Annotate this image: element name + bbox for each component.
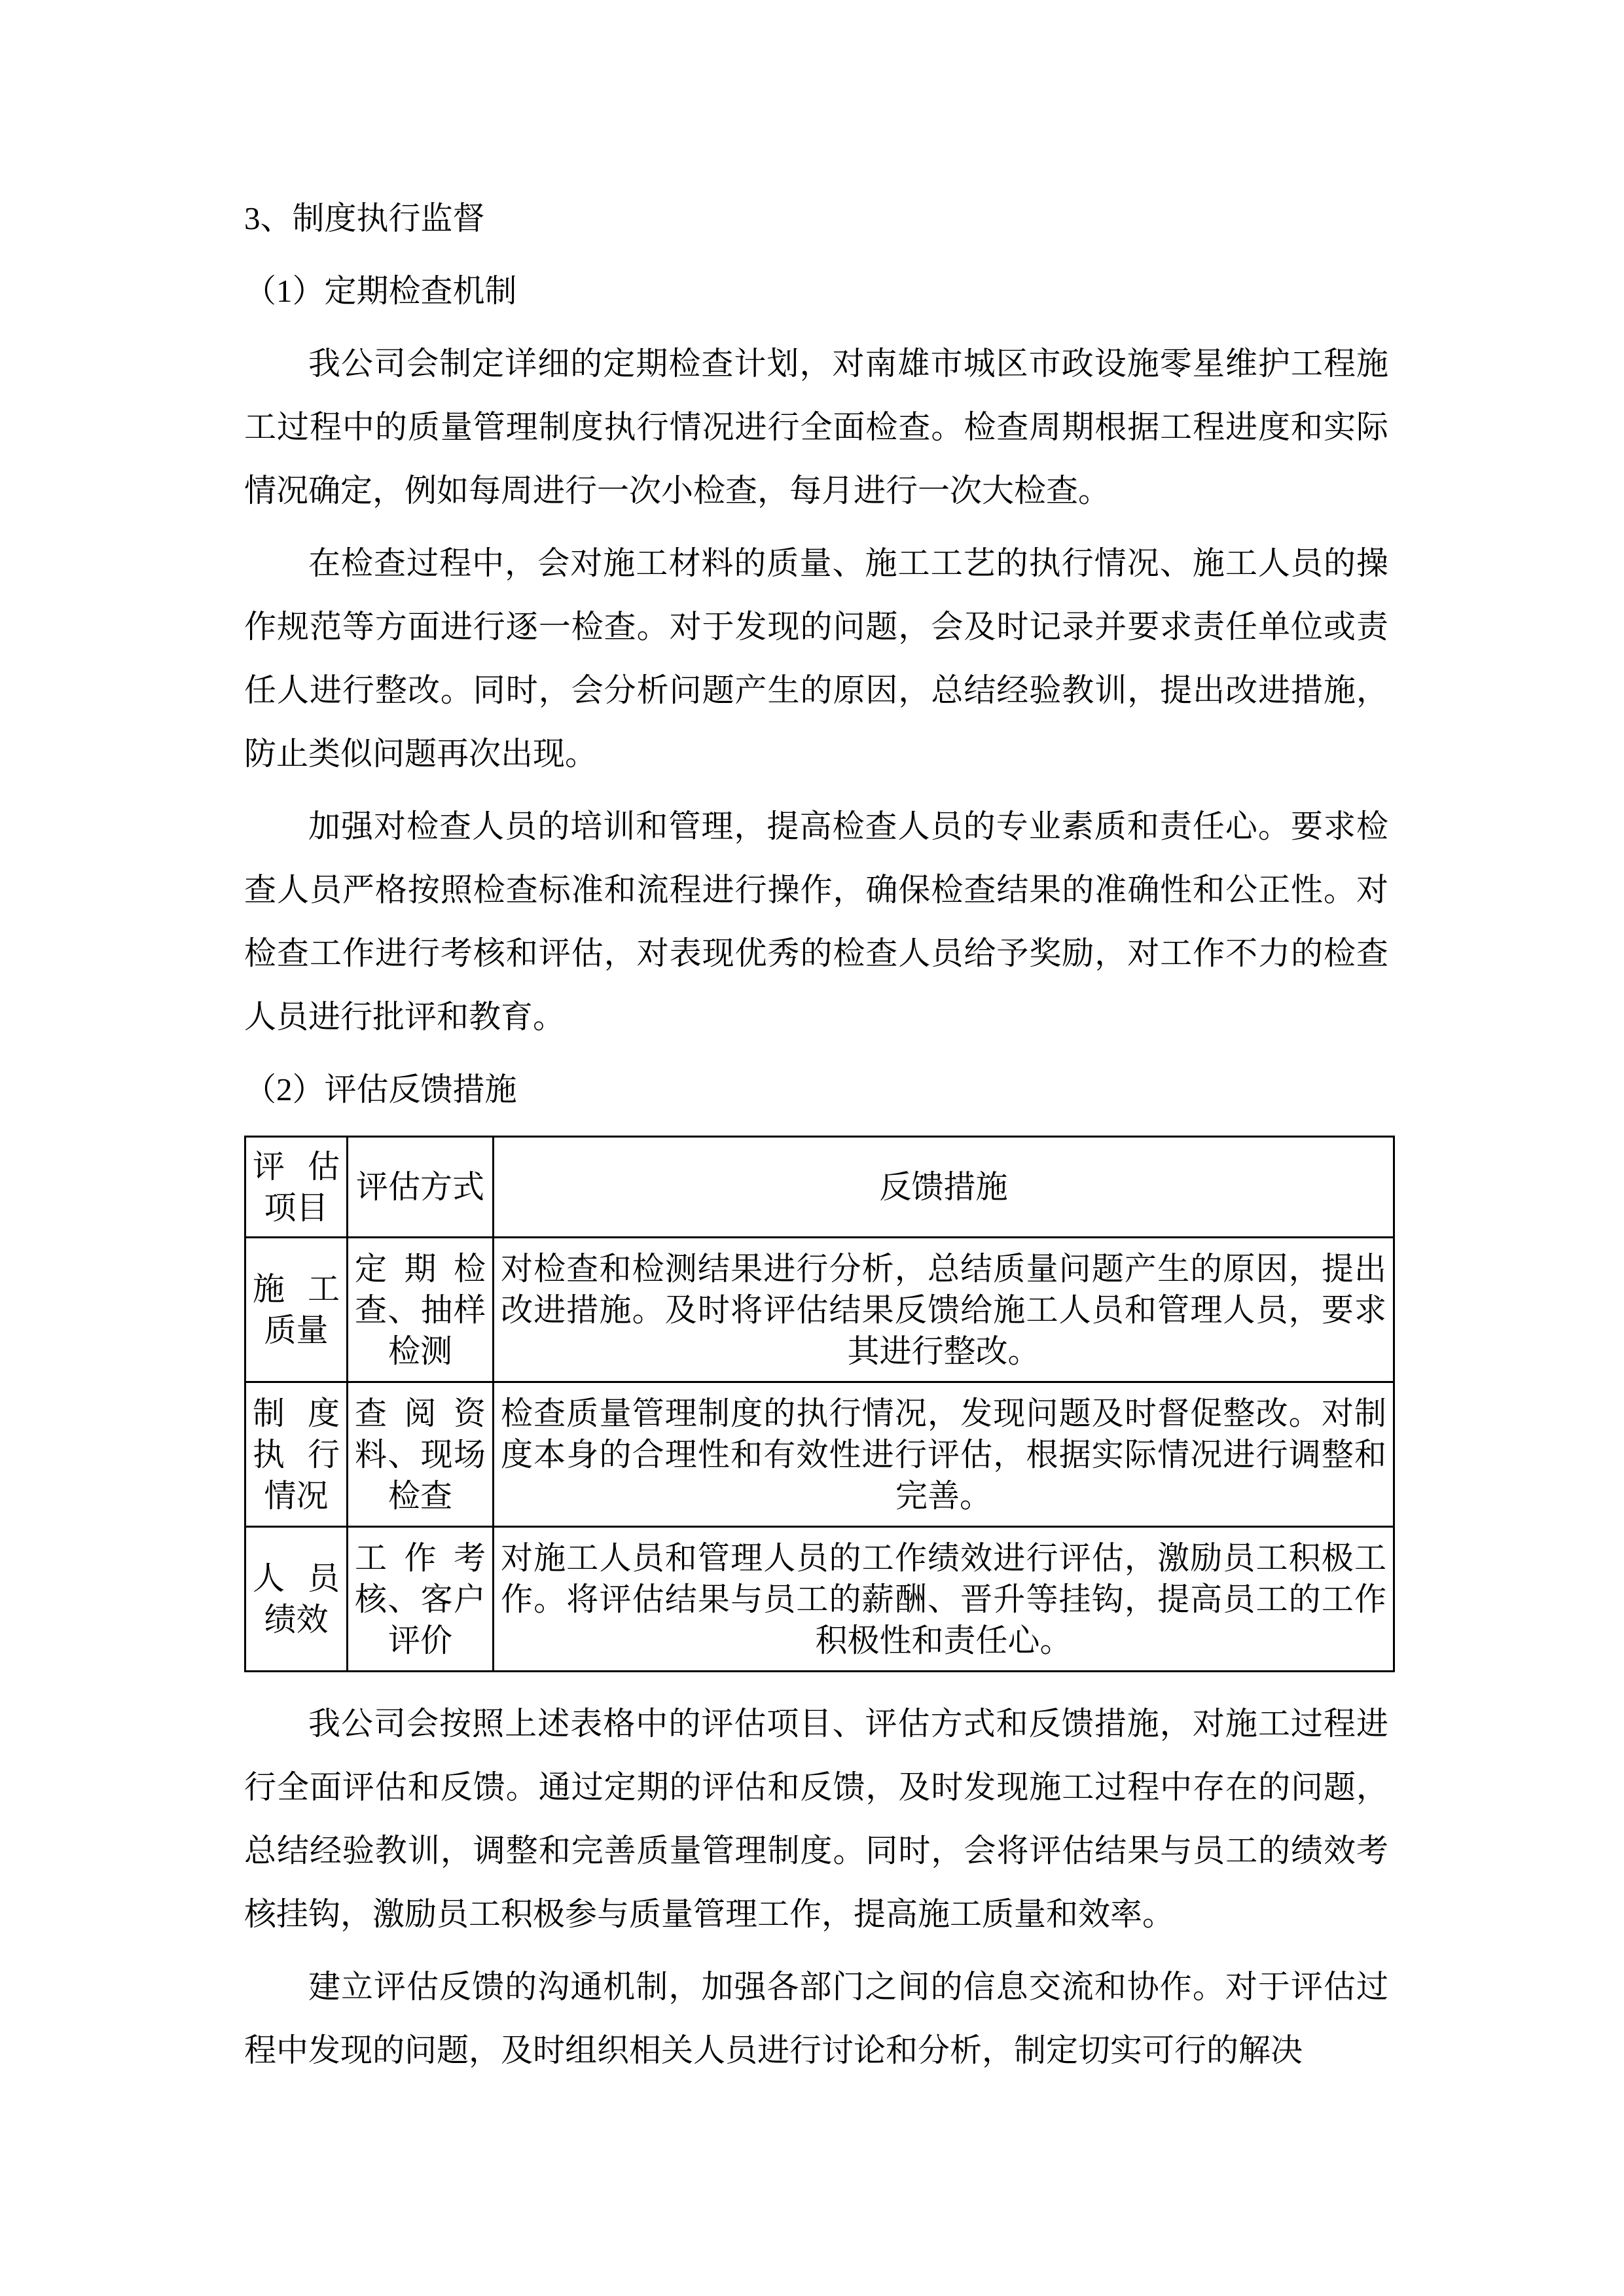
document-page: 3、制度执行监督 （1）定期检查机制 我公司会制定详细的定期检查计划，对南雄市城… <box>0 0 1624 2296</box>
header-cell-evaluation-method: 评估方式 <box>348 1137 494 1238</box>
evaluation-feedback-table: 评估项目 评估方式 反馈措施 施工质量 定期检查、抽样检测 对检查和检测结果进行… <box>244 1136 1395 1672</box>
cell-item-personnel-performance: 人员绩效 <box>245 1527 348 1672</box>
paragraph-inspection-process: 在检查过程中，会对施工材料的质量、施工工艺的执行情况、施工人员的操作规范等方面进… <box>244 531 1388 785</box>
paragraph-inspection-plan: 我公司会制定详细的定期检查计划，对南雄市城区市政设施零星维护工程施工过程中的质量… <box>244 332 1388 522</box>
cell-item-construction-quality: 施工质量 <box>245 1238 348 1382</box>
paragraph-evaluation-summary: 我公司会按照上述表格中的评估项目、评估方式和反馈措施，对施工过程进行全面评估和反… <box>244 1692 1388 1946</box>
cell-feedback-system-execution: 检查质量管理制度的执行情况，发现问题及时督促整改。对制度本身的合理性和有效性进行… <box>494 1382 1394 1527</box>
subsection-heading-periodic-inspection: （1）定期检查机制 <box>244 259 1388 323</box>
cell-feedback-personnel-performance: 对施工人员和管理人员的工作绩效进行评估，激励员工积极工作。将评估结果与员工的薪酬… <box>494 1527 1394 1672</box>
cell-feedback-construction-quality: 对检查和检测结果进行分析，总结质量问题产生的原因，提出改进措施。及时将评估结果反… <box>494 1238 1394 1382</box>
table-row-system-execution: 制度执行情况 查阅资料、现场检查 检查质量管理制度的执行情况，发现问题及时督促整… <box>245 1382 1394 1527</box>
cell-method-construction-quality: 定期检查、抽样检测 <box>348 1238 494 1382</box>
cell-item-system-execution: 制度执行情况 <box>245 1382 348 1527</box>
table-row-construction-quality: 施工质量 定期检查、抽样检测 对检查和检测结果进行分析，总结质量问题产生的原因，… <box>245 1238 1394 1382</box>
cell-method-personnel-performance: 工作考核、客户评价 <box>348 1527 494 1672</box>
header-cell-feedback-measures: 反馈措施 <box>494 1137 1394 1238</box>
cell-method-system-execution: 查阅资料、现场检查 <box>348 1382 494 1527</box>
header-cell-evaluation-item: 评估项目 <box>245 1137 348 1238</box>
subsection-heading-evaluation-feedback: （2）评估反馈措施 <box>244 1058 1388 1121</box>
paragraph-communication-mechanism: 建立评估反馈的沟通机制，加强各部门之间的信息交流和协作。对于评估过程中发现的问题… <box>244 1955 1388 2082</box>
table-row-personnel-performance: 人员绩效 工作考核、客户评价 对施工人员和管理人员的工作绩效进行评估，激励员工积… <box>245 1527 1394 1672</box>
table-header-row: 评估项目 评估方式 反馈措施 <box>245 1137 1394 1238</box>
paragraph-inspector-training: 加强对检查人员的培训和管理，提高检查人员的专业素质和责任心。要求检查人员严格按照… <box>244 795 1388 1049</box>
section-heading: 3、制度执行监督 <box>244 187 1388 250</box>
